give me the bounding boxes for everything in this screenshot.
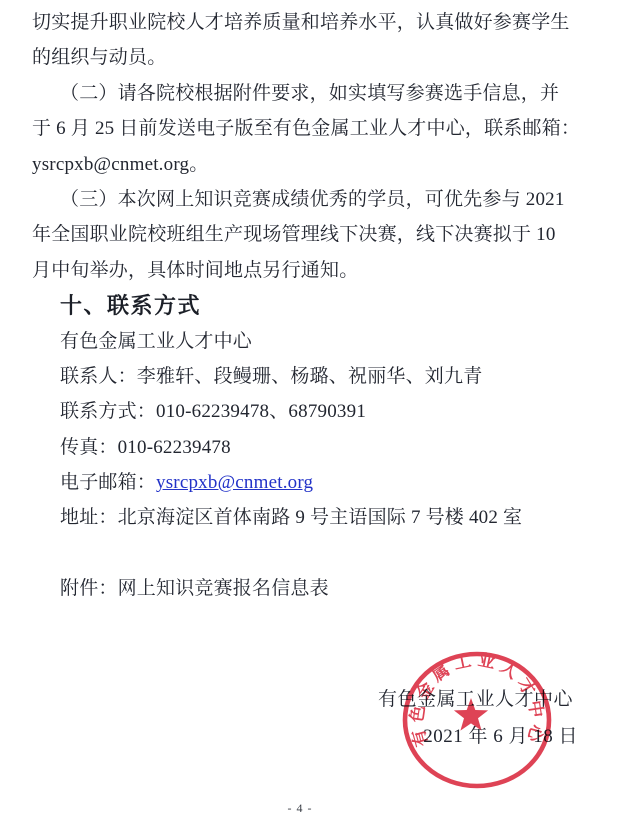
paragraph-line-email-plain: ysrcpxb@cnmet.org。 (32, 147, 592, 182)
signature-org: 有色金属工业人才中心 (378, 681, 573, 718)
email-label: 电子邮箱： (60, 472, 156, 493)
paragraph-line: 的组织与动员。 (32, 40, 592, 75)
contact-fax-line: 传真：010-62239478 (32, 430, 592, 465)
contact-address-line: 地址：北京海淀区首体南路 9 号主语国际 7 号楼 402 室 (32, 500, 592, 535)
blank-line (32, 536, 592, 571)
paragraph-line: （三）本次网上知识竞赛成绩优秀的学员，可优先参与 2021 (32, 182, 592, 217)
attachment-line: 附件：网上知识竞赛报名信息表 (32, 571, 592, 606)
email-link[interactable]: ysrcpxb@cnmet.org (156, 472, 313, 493)
paragraph-line: 月中旬举办，具体时间地点另行通知。 (32, 253, 592, 288)
document-body: 切实提升职业院校人才培养质量和培养水平，认真做好参赛学生 的组织与动员。 （二）… (32, 5, 592, 607)
contact-persons-line: 联系人：李雅轩、段鳗珊、杨璐、祝丽华、刘九青 (32, 359, 592, 394)
section-heading-contact: 十、联系方式 (32, 288, 592, 323)
paragraph-line: （二）请各院校根据附件要求，如实填写参赛选手信息，并 (32, 76, 592, 111)
page-number: - 4 - (270, 801, 330, 814)
paragraph-line: 切实提升职业院校人才培养质量和培养水平，认真做好参赛学生 (32, 5, 592, 40)
paragraph-line: 于 6 月 25 日前发送电子版至有色金属工业人才中心，联系邮箱： (32, 111, 592, 146)
contact-phones-line: 联系方式：010-62239478、68790391 (32, 394, 592, 429)
signature-block: 有色金属工业人才中心 2021 年 6 月 18 日 (378, 681, 578, 755)
document-page: 切实提升职业院校人才培养质量和培养水平，认真做好参赛学生 的组织与动员。 （二）… (0, 0, 620, 814)
paragraph-line: 年全国职业院校班组生产现场管理线下决赛，线下决赛拟于 10 (32, 217, 592, 252)
contact-email-line: 电子邮箱：ysrcpxb@cnmet.org (32, 465, 592, 500)
contact-org-line: 有色金属工业人才中心 (32, 324, 592, 359)
signature-date: 2021 年 6 月 18 日 (378, 718, 578, 755)
